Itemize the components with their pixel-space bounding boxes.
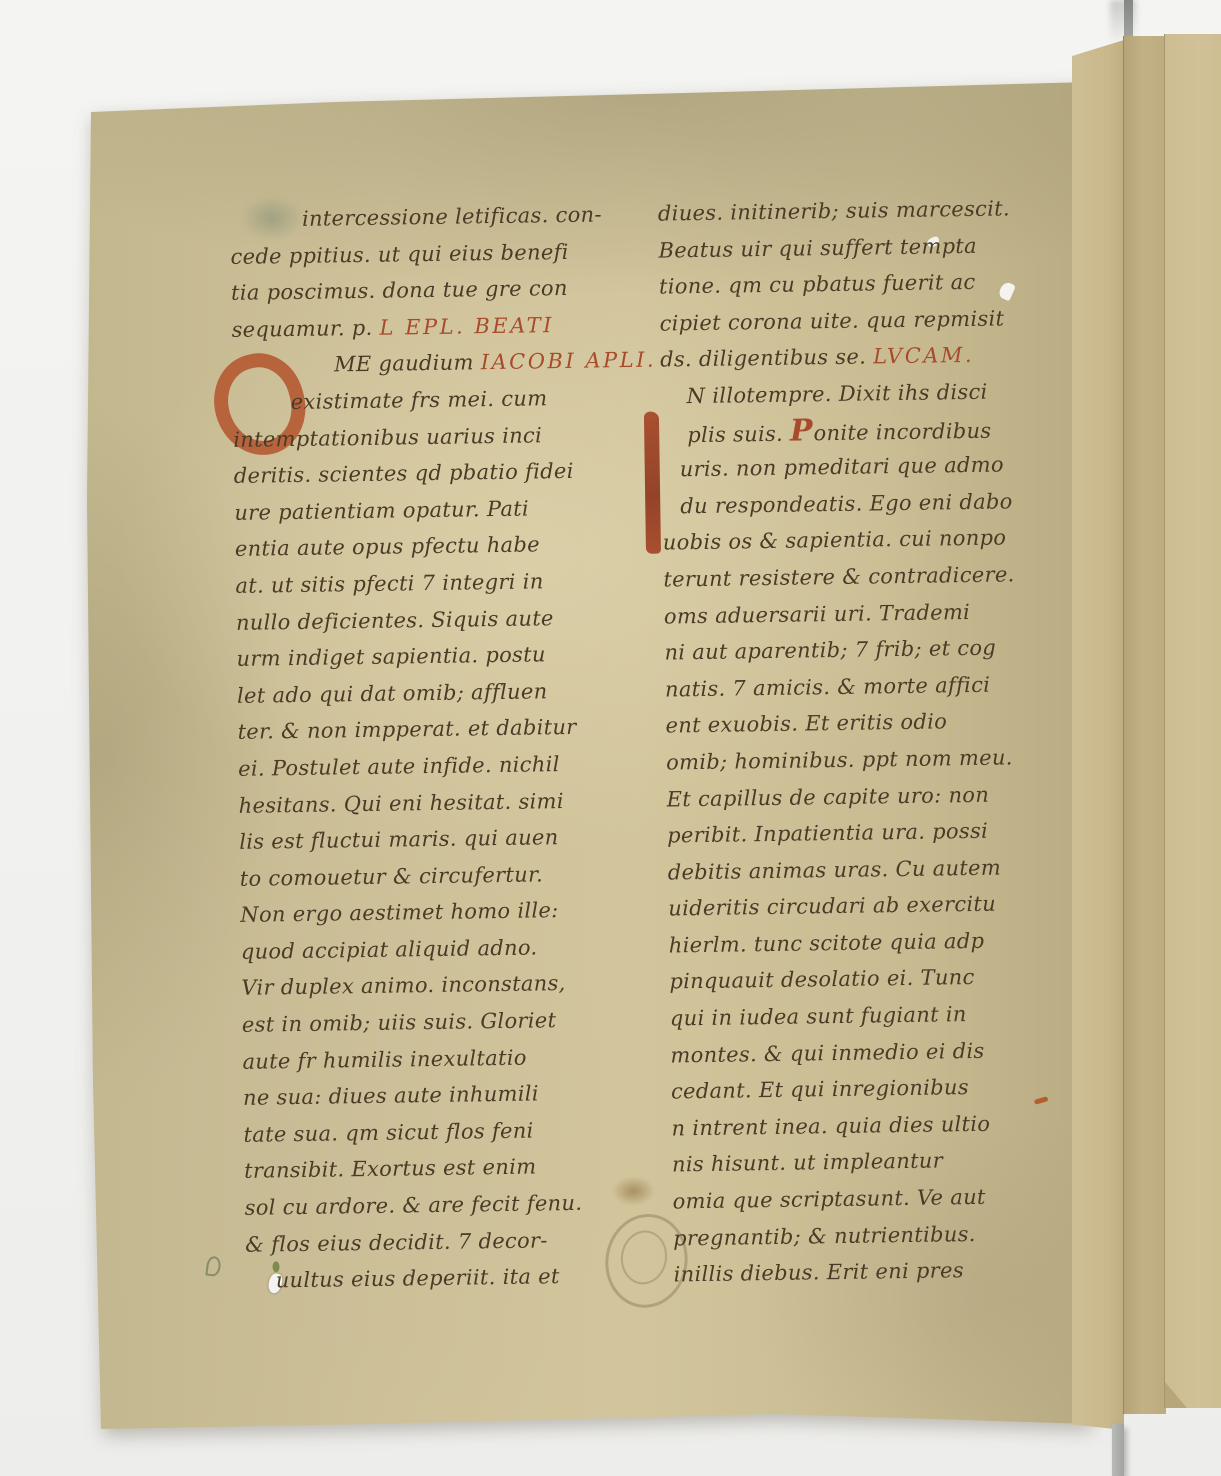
text-segment: oms aduersarii uri. Trademi xyxy=(664,600,971,629)
manuscript-line: ME gaudium IACOBI APLI. xyxy=(232,342,668,385)
text-segment: peribit. Inpatientia ura. possi xyxy=(667,819,988,848)
text-segment: natis. 7 amicis. & morte affici xyxy=(665,672,991,701)
text-segment: debitis animas uras. Cu autem xyxy=(668,855,1002,884)
text-segment: uobis os & sapientia. cui nonpo xyxy=(663,526,1007,555)
text-segment: sol cu ardore. & are fecit fenu. xyxy=(244,1191,582,1220)
text-segment: omia que scriptasunt. Ve aut xyxy=(672,1185,985,1214)
text-segment: intercessione letificas. con- xyxy=(302,202,602,230)
text-segment: est in omib; uiis suis. Gloriet xyxy=(242,1008,557,1037)
text-segment: pregnantib; & nutrientibus. xyxy=(673,1222,976,1250)
rubric-segment: IACOBI APLI. xyxy=(481,348,657,375)
paper-guard-strip-1 xyxy=(1072,40,1124,1430)
text-segment: ni aut aparentib; 7 frib; et cog xyxy=(664,636,996,665)
left-text-column: intercessione letificas. con-cede ppitiu… xyxy=(230,195,682,1299)
text-segment: Non ergo aestimet homo ille: xyxy=(240,898,559,927)
text-segment: pinquauit desolatio ei. Tunc xyxy=(669,965,975,994)
text-segment: let ado qui dat omib; affluen xyxy=(237,679,548,708)
paper-guard-strip-2 xyxy=(1123,36,1166,1414)
text-segment: cede ppitius. ut qui eius benefi xyxy=(230,239,569,268)
text-segment: ent exuobis. Et eritis odio xyxy=(665,710,947,738)
text-segment: uris. non pmeditari que admo xyxy=(680,453,1004,482)
text-segment: terunt resistere & contradicere. xyxy=(663,562,1015,591)
text-segment: & flos eius decidit. 7 decor- xyxy=(245,1228,548,1256)
manuscript-line: inillis diebus. Erit eni pres xyxy=(673,1250,1109,1293)
right-text-column: diues. initinerib; suis marcescit.Beatus… xyxy=(658,189,1110,1293)
text-segment: tia poscimus. dona tue gre con xyxy=(231,276,568,305)
manuscript-line: intercessione letificas. con- xyxy=(230,195,666,238)
text-segment: existimate frs mei. cum xyxy=(291,386,548,414)
text-segment: ei. Postulet aute infide. nichil xyxy=(238,752,560,781)
text-segment: inillis diebus. Erit eni pres xyxy=(674,1258,964,1286)
parchment-leaf: O I intercessione letificas. con-cede pp… xyxy=(85,80,1090,1432)
text-segment: lis est fluctui maris. qui auen xyxy=(239,825,559,854)
text-segment: ME gaudium xyxy=(334,351,481,377)
text-segment: diues. initinerib; suis marcescit. xyxy=(658,196,1010,225)
text-segment: at. ut sitis pfecti 7 integri in xyxy=(235,569,543,598)
text-segment: quod accipiat aliquid adno. xyxy=(241,935,538,963)
text-segment: ter. & non impperat. et dabitur xyxy=(237,715,576,744)
text-segment: Beatus uir qui suffert tempta xyxy=(658,233,977,262)
text-segment: Et capillus de capite uro: non xyxy=(666,782,989,811)
text-segment: intemptationibus uarius inci xyxy=(233,423,542,452)
text-segment: entia aute opus pfectu habe xyxy=(235,533,540,562)
text-segment: hesitans. Qui eni hesitat. simi xyxy=(239,789,564,818)
text-segment: nullo deficientes. Siquis aute xyxy=(236,606,554,635)
rubric-segment: P xyxy=(790,413,814,448)
page-content: O I intercessione letificas. con-cede pp… xyxy=(83,67,1108,1434)
text-segment: ure patientiam opatur. Pati xyxy=(234,496,529,524)
text-segment: uideritis circudari ab exercitu xyxy=(668,892,996,921)
text-segment: aute fr humilis inexultatio xyxy=(242,1045,527,1073)
text-segment: qui in iudea sunt fugiant in xyxy=(670,1002,967,1030)
text-segment: transibit. Exortus est enim xyxy=(244,1155,537,1183)
text-segment: urm indiget sapientia. postu xyxy=(236,642,546,671)
text-segment: sequamur. p. xyxy=(231,316,379,342)
manuscript-photo: O I intercessione letificas. con-cede pp… xyxy=(0,0,1221,1476)
text-segment: ds. diligentibus se. xyxy=(660,345,873,372)
manuscript-line: uultus eius deperiit. ita et xyxy=(245,1257,681,1300)
text-segment: plis suis. xyxy=(687,421,790,447)
text-segment: montes. & qui inmedio ei dis xyxy=(670,1038,984,1067)
text-segment: cedant. Et qui inregionibus xyxy=(671,1075,969,1103)
text-segment: tione. qm cu pbatus fuerit ac xyxy=(659,270,976,299)
text-segment: uultus eius deperiit. ita et xyxy=(276,1264,560,1292)
text-segment: cipiet corona uite. qua repmisit xyxy=(659,306,1004,335)
text-segment: du respondeatis. Ego eni dabo xyxy=(680,489,1013,518)
text-segment: n intrent inea. quia dies ultio xyxy=(671,1112,990,1141)
text-segment: onite incordibus xyxy=(813,418,991,445)
parchment-surface: O I intercessione letificas. con-cede pp… xyxy=(85,80,1090,1432)
text-segment: deritis. scientes qd pbatio fidei xyxy=(234,459,574,488)
text-segment: to comouetur & circufertur. xyxy=(240,862,544,890)
text-segment: hierlm. tunc scitote quia adp xyxy=(669,929,985,958)
rubric-segment: LVCAM. xyxy=(873,343,974,368)
paper-guard-strip-3 xyxy=(1164,34,1221,1408)
text-segment: N illotempre. Dixit ihs disci xyxy=(686,380,987,408)
text-segment: tate sua. qm sicut flos feni xyxy=(243,1118,533,1146)
text-segment: omib; hominibus. ppt nom meu. xyxy=(666,745,1013,774)
text-segment: Vir duplex animo. inconstans, xyxy=(241,972,566,1001)
margin-mark xyxy=(205,1255,221,1277)
rubric-segment: L EPL. BEATI xyxy=(379,313,554,340)
text-segment: ne sua: diues aute inhumili xyxy=(243,1082,539,1110)
bookmark-ribbon-bottom xyxy=(1112,1424,1124,1476)
text-segment: nis hisunt. ut impleantur xyxy=(672,1149,943,1177)
